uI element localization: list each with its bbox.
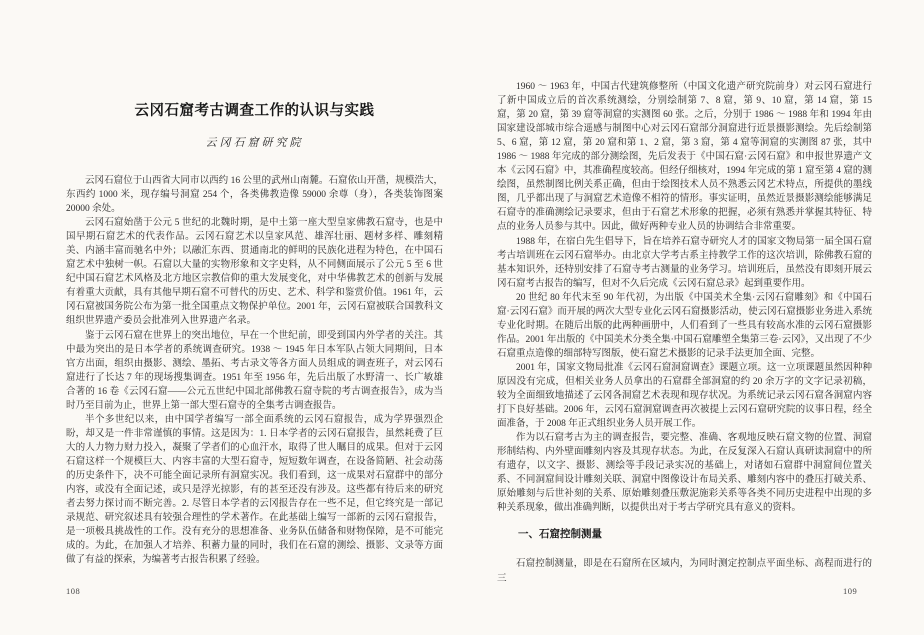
book-spread: 云冈石窟考古调查工作的认识与实践 云冈石窟研究院 云冈石窟位于山西省大同市以西约… [0,0,924,635]
left-page: 云冈石窟考古调查工作的认识与实践 云冈石窟研究院 云冈石窟位于山西省大同市以西约… [66,0,443,635]
paragraph: 石窟控制测量，即是在石窟所在区域内，为同时测定控制点平面坐标、高程而进行的三 [497,557,872,585]
paragraph: 20 世纪 80 年代末至 90 年代初，为出版《中国美术全集·云冈石窟雕刻》和… [497,291,872,361]
right-page: 1960 ～ 1963 年，中国古代建筑修整所（中国文化遗产研究院前身）对云冈石… [497,0,872,635]
paragraph: 1988 年，在宿白先生倡导下，旨在培养石窟寺研究人才的国家文物局第一届全国石窟… [497,235,872,291]
left-page-body: 云冈石窟位于山西省大同市以西约 16 公里的武州山南麓。石窟依山开凿，规模浩大，… [66,174,443,567]
paragraph: 云冈石窟位于山西省大同市以西约 16 公里的武州山南麓。石窟依山开凿，规模浩大，… [66,174,443,216]
right-page-body: 1960 ～ 1963 年，中国古代建筑修整所（中国文化遗产研究院前身）对云冈石… [497,80,872,515]
paragraph: 2001 年，国家文物局批准《云冈石窟洞窟调查》课题立项。这一立项课题虽然因种种… [497,361,872,431]
paragraph: 作为以石窟考古为主的调查报告，要完整、准确、客观地反映石窟文物的位置、洞窟形制结… [497,431,872,515]
author-line: 云冈石窟研究院 [66,135,443,151]
page-number-left: 108 [66,585,80,597]
paragraph: 半个多世纪以来，由中国学者编写一部全面系统的云冈石窟报告，成为学界强烈企盼，却又… [66,413,443,568]
section-heading-control-survey: 一、石窟控制测量 [497,527,872,542]
paragraph: 云冈石窟始凿于公元 5 世纪的北魏时期，是中土第一座大型皇家佛教石窟寺，也是中国… [66,216,443,328]
page-number-right: 109 [843,585,857,597]
paragraph: 鉴于云冈石窟在世界上的突出地位，早在一个世纪前，即受到国内外学者的关注。其中最为… [66,329,443,413]
paragraph: 1960 ～ 1963 年，中国古代建筑修整所（中国文化遗产研究院前身）对云冈石… [497,80,872,235]
section-body: 石窟控制测量，即是在石窟所在区域内，为同时测定控制点平面坐标、高程而进行的三 [497,557,872,585]
document-title: 云冈石窟考古调查工作的认识与实践 [66,101,443,121]
